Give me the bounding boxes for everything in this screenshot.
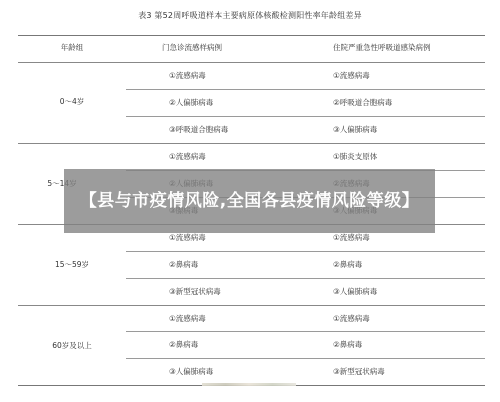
inpatient-cell: ①流感病毒	[333, 233, 370, 243]
table-title: 表3 第52周呼吸道样本主要病原体核酸检测阳性率年龄组差异	[0, 10, 500, 21]
table-top-rule	[18, 35, 485, 36]
inpatient-cell: ②鼻病毒	[333, 260, 362, 270]
row-divider	[126, 116, 485, 117]
row-divider	[126, 358, 485, 359]
row-divider	[126, 331, 485, 332]
group-divider	[18, 305, 485, 306]
outpatient-cell: ③呼吸道合胞病毒	[169, 125, 228, 135]
row-divider	[126, 89, 485, 90]
outpatient-cell: ③人偏肺病毒	[169, 367, 213, 377]
age-group-label: 15～59岁	[18, 260, 126, 270]
header-bottom-rule	[18, 62, 485, 63]
age-group-label: 60岁及以上	[18, 341, 126, 351]
outpatient-cell: ②鼻病毒	[169, 260, 198, 270]
header-inpatient: 住院严重急性呼吸道感染病例	[333, 43, 431, 53]
outpatient-cell: ①流感病毒	[169, 71, 206, 81]
age-group-label: 0～4岁	[18, 97, 126, 107]
header-age-group: 年龄组	[18, 43, 126, 53]
inpatient-cell: ②呼吸道合胞病毒	[333, 98, 392, 108]
inpatient-cell: ①流感病毒	[333, 71, 370, 81]
row-divider	[126, 251, 485, 252]
outpatient-cell: ①流感病毒	[169, 152, 206, 162]
inpatient-cell: ③新型冠状病毒	[333, 367, 385, 377]
outpatient-cell: ②人偏肺病毒	[169, 98, 213, 108]
group-divider	[18, 143, 485, 144]
outpatient-cell: ①流感病毒	[169, 314, 206, 324]
title-overlay-banner: 【县与市疫情风险,全国各县疫情风险等级】	[64, 169, 435, 233]
inpatient-cell: ③人偏肺病毒	[333, 287, 377, 297]
inpatient-cell: ②鼻病毒	[333, 340, 362, 350]
header-outpatient: 门急诊流感样病例	[162, 43, 222, 53]
row-divider	[126, 278, 485, 279]
inpatient-cell: ③人偏肺病毒	[333, 125, 377, 135]
inpatient-cell: ①肺炎支原体	[333, 152, 377, 162]
overlay-title-text: 【县与市疫情风险,全国各县疫情风险等级】	[64, 190, 435, 212]
outpatient-cell: ③新型冠状病毒	[169, 287, 221, 297]
image-artifact	[202, 383, 296, 386]
outpatient-cell: ②鼻病毒	[169, 340, 198, 350]
document-page: 表3 第52周呼吸道样本主要病原体核酸检测阳性率年龄组差异 年龄组 门急诊流感样…	[0, 0, 500, 402]
outpatient-cell: ①流感病毒	[169, 233, 206, 243]
inpatient-cell: ①流感病毒	[333, 314, 370, 324]
